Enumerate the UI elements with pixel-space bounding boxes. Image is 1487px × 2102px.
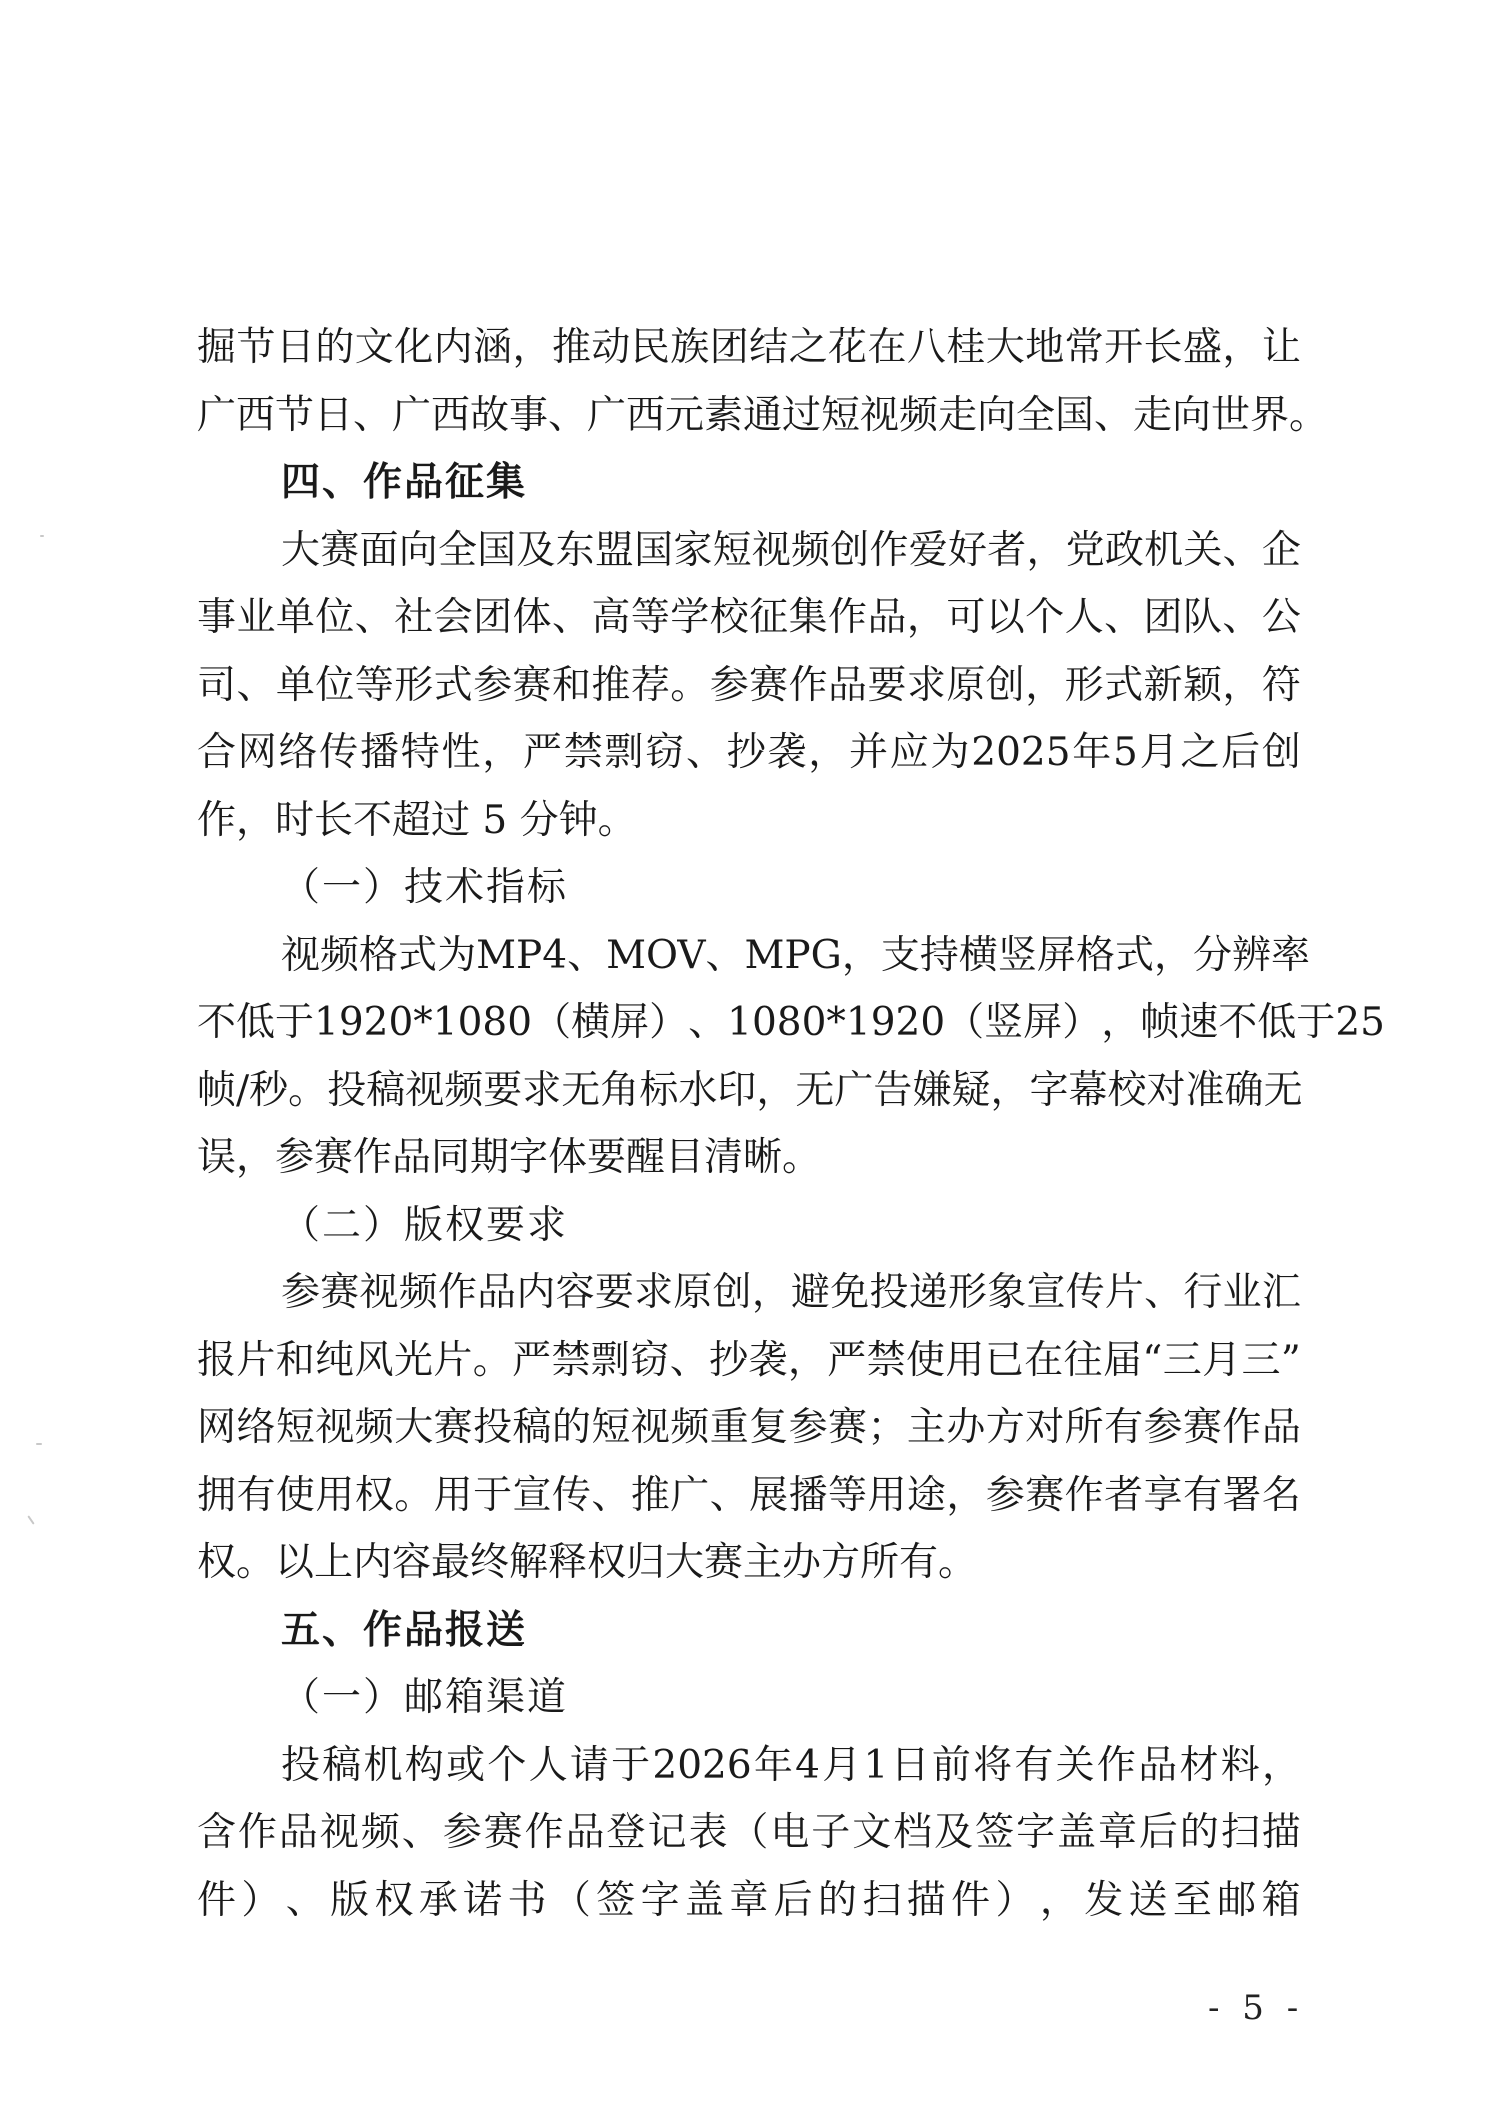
section-heading: 四、作品征集 (197, 457, 1301, 525)
scan-artifact (40, 535, 44, 537)
paragraph-first-line: 视频格式为MP4、MOV、MPG，支持横竖屏格式，分辨率 (197, 930, 1301, 998)
body-line: 帧/秒。投稿视频要求无角标水印，无广告嫌疑，字幕校对准确无 (197, 1065, 1301, 1133)
body-line: 掘节日的文化内涵，推动民族团结之花在八桂大地常开长盛，让 (197, 322, 1301, 390)
body-line: 合网络传播特性，严禁剽窃、抄袭，并应为2025年5月之后创 (197, 727, 1301, 795)
body-line: 网络短视频大赛投稿的短视频重复参赛；主办方对所有参赛作品 (197, 1402, 1301, 1470)
body-line: 件）、版权承诺书（签字盖章后的扫描件），发送至邮箱 (197, 1875, 1301, 1943)
body-line: 权。以上内容最终解释权归大赛主办方所有。 (197, 1537, 1301, 1605)
body-line: 误，参赛作品同期字体要醒目清晰。 (197, 1132, 1301, 1200)
body-line: 拥有使用权。用于宣传、推广、展播等用途，参赛作者享有署名 (197, 1470, 1301, 1538)
subsection-heading: （一）邮箱渠道 (197, 1672, 1301, 1740)
body-line: 报片和纯风光片。严禁剽窃、抄袭，严禁使用已在往届“三月三” (197, 1335, 1301, 1403)
section-heading: 五、作品报送 (197, 1605, 1301, 1673)
subsection-heading: （二）版权要求 (197, 1200, 1301, 1268)
paragraph-first-line: 参赛视频作品内容要求原创，避免投递形象宣传片、行业汇 (197, 1267, 1301, 1335)
body-line: 司、单位等形式参赛和推荐。参赛作品要求原创，形式新颖，符 (197, 660, 1301, 728)
scan-artifact (36, 1443, 42, 1445)
subsection-heading: （一）技术指标 (197, 862, 1301, 930)
scan-artifact (27, 1515, 34, 1524)
body-line: 不低于1920*1080（横屏）、1080*1920（竖屏），帧速不低于25 (197, 997, 1301, 1065)
paragraph-first-line: 大赛面向全国及东盟国家短视频创作爱好者，党政机关、企 (197, 525, 1301, 593)
body-line: 广西节日、广西故事、广西元素通过短视频走向全国、走向世界。 (197, 390, 1301, 458)
document-page: 掘节日的文化内涵，推动民族团结之花在八桂大地常开长盛，让 广西节日、广西故事、广… (0, 0, 1487, 2102)
page-number: - 5 - (1208, 1988, 1304, 2028)
document-body: 掘节日的文化内涵，推动民族团结之花在八桂大地常开长盛，让 广西节日、广西故事、广… (197, 322, 1301, 1942)
paragraph-first-line: 投稿机构或个人请于2026年4月1日前将有关作品材料， (197, 1740, 1301, 1808)
body-line: 含作品视频、参赛作品登记表（电子文档及签字盖章后的扫描 (197, 1807, 1301, 1875)
body-line: 作，时长不超过 5 分钟。 (197, 795, 1301, 863)
body-line: 事业单位、社会团体、高等学校征集作品，可以个人、团队、公 (197, 592, 1301, 660)
